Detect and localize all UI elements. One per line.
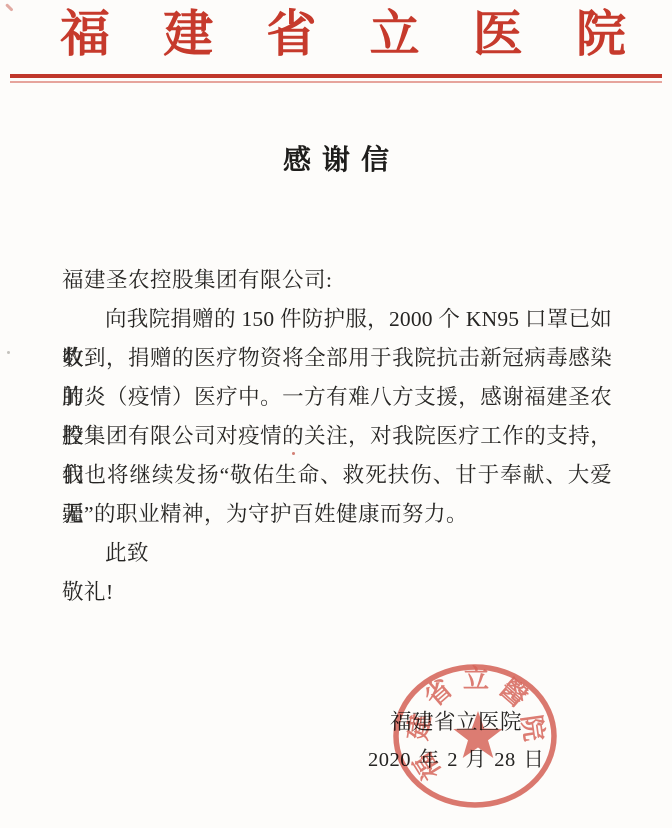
letterhead-char: 立 <box>370 4 420 64</box>
scan-speck <box>7 351 10 354</box>
closing-cizhi-line: 此致 <box>62 534 612 573</box>
hospital-letterhead: 福 建 省 立 医 院 <box>60 4 626 64</box>
document-title: 感谢信 <box>0 138 672 178</box>
scan-speck <box>5 3 13 11</box>
seal-outer-ring <box>396 667 554 805</box>
letterhead-rule-thin <box>10 81 662 83</box>
hospital-seal-stamp-icon: 福 建 省 立 醫 院 <box>385 655 565 817</box>
signature-date: 2020 年 2 月 28 日 <box>368 747 544 773</box>
body-line: 向我院捐赠的 150 件防护服，2000 个 KN95 口罩已如数 <box>62 300 612 339</box>
letterhead-char: 省 <box>266 4 316 64</box>
signature-hospital-name: 福建省立医院 <box>390 708 522 736</box>
closing-jingli-line: 敬礼! <box>62 573 612 612</box>
letterhead-char: 医 <box>473 4 523 64</box>
letterhead-char: 院 <box>576 4 626 64</box>
letterhead-char: 建 <box>163 4 213 64</box>
body-line: 股集团有限公司对疫情的关注，对我院医疗工作的支持，我 <box>62 417 612 456</box>
letter-page: 福 建 省 立 医 院 感谢信 福建圣农控股集团有限公司: 向我院捐赠的 150… <box>0 0 672 828</box>
salutation-line: 福建圣农控股集团有限公司: <box>62 261 612 300</box>
scan-speck <box>292 452 295 455</box>
seal-arc-char: 立 <box>463 665 489 694</box>
body-line: 收到，捐赠的医疗物资将全部用于我院抗击新冠病毒感染的 <box>62 339 612 378</box>
seal-arc-char: 省 <box>419 674 458 713</box>
body-line: 肺炎（疫情）医疗中。一方有难八方支援，感谢福建圣农控 <box>62 378 612 417</box>
letter-body: 福建圣农控股集团有限公司: 向我院捐赠的 150 件防护服，2000 个 KN9… <box>62 261 612 612</box>
letterhead-char: 福 <box>60 4 110 64</box>
seal-arc-char: 醫 <box>494 674 533 713</box>
body-line: 疆”的职业精神，为守护百姓健康而努力。 <box>62 495 612 534</box>
letterhead-rule-thick <box>10 74 662 78</box>
body-line: 们也将继续发扬“敬佑生命、救死扶伤、甘于奉献、大爱无 <box>62 456 612 495</box>
